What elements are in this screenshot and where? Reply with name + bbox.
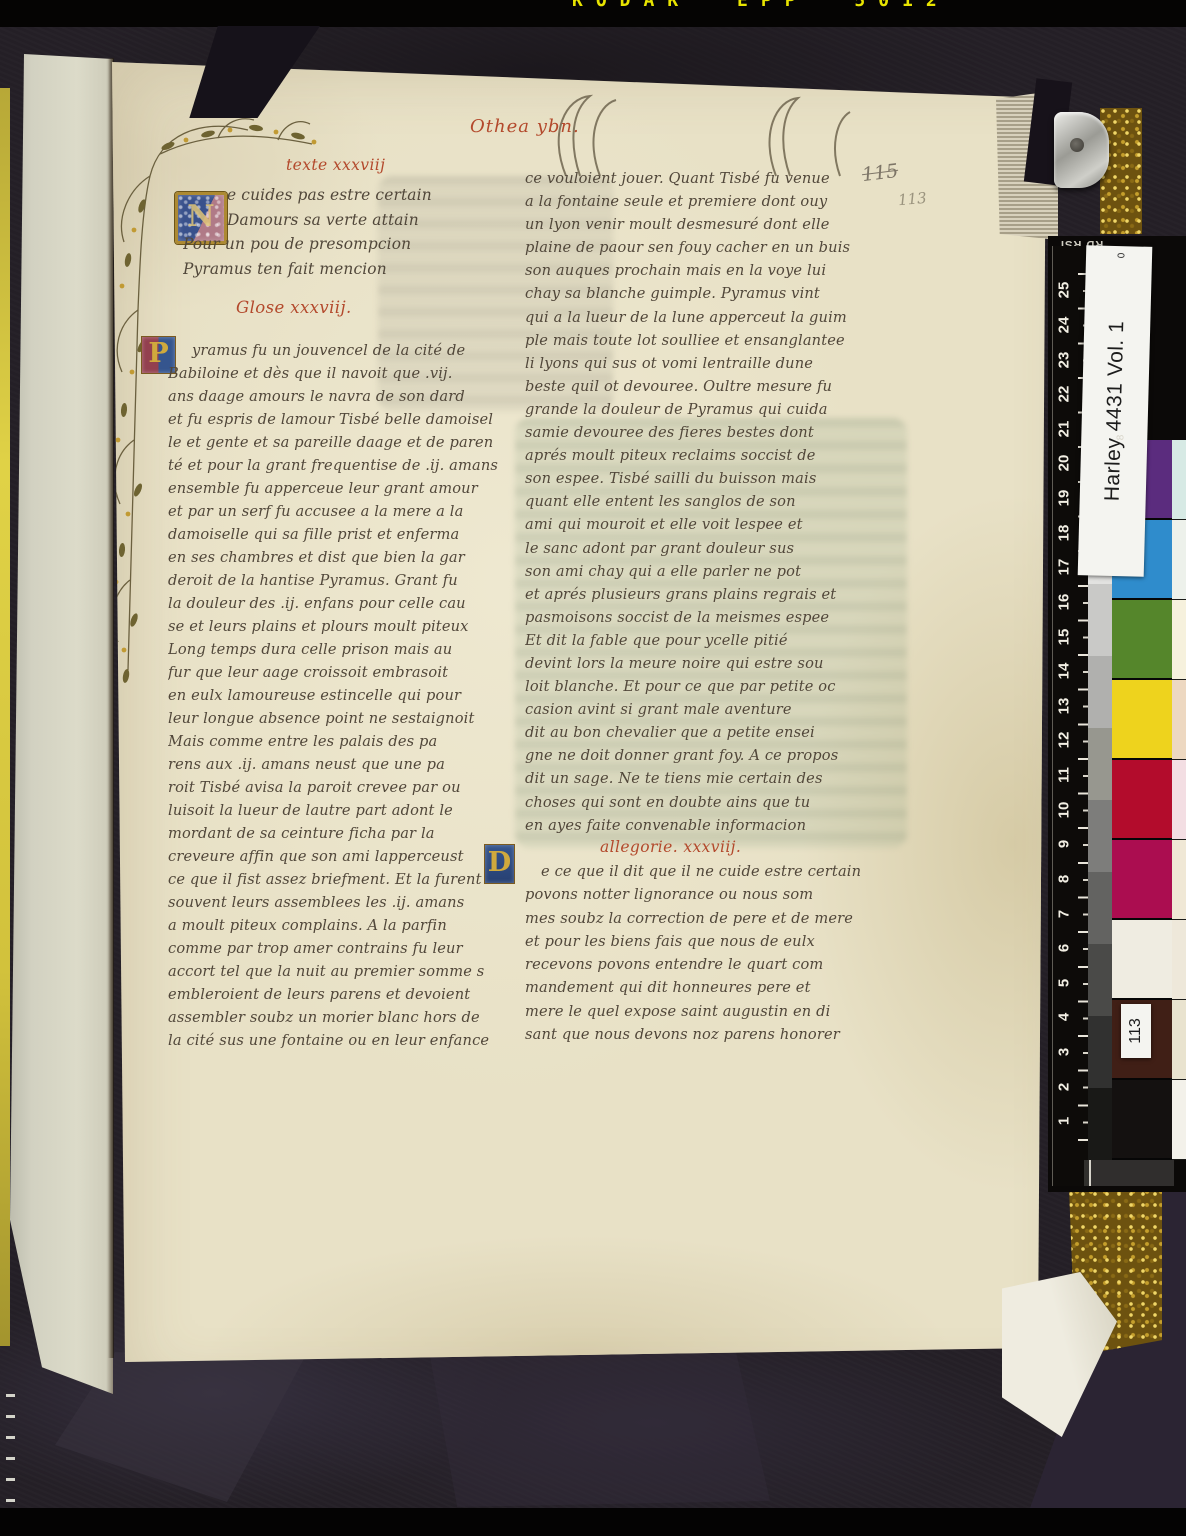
left-gilt-edge <box>0 88 10 1346</box>
manuscript-text-line: en eulx lamoureuse estincelle qui pour <box>168 687 528 710</box>
manuscript-text-line: et fu espris de lamour Tisbé belle damoi… <box>168 411 528 434</box>
ruler-number: 22 <box>1053 377 1075 412</box>
right-column: ce vouloient jouer. Quant Tisbé fu venue… <box>525 170 920 840</box>
manuscript-text-line: et pour les biens fais que nous de eulx <box>525 933 920 956</box>
manuscript-text-line: li lyons qui sus ot vomi lentraille dune <box>525 355 920 378</box>
pale-patch <box>1172 760 1186 840</box>
manuscript-text-line: mes soubz la correction de pere et de me… <box>525 910 920 933</box>
manuscript-text-line: la douleur des .ij. enfans pour celle ca… <box>168 595 528 618</box>
color-patch <box>1112 840 1172 920</box>
gutter-shadow <box>108 58 114 1358</box>
pale-patch <box>1172 680 1186 760</box>
color-patch <box>1112 1080 1172 1160</box>
manuscript-text-line: samie devouree des fieres bestes dont <box>525 424 920 447</box>
manuscript-text-line: assembler soubz un morier blanc hors de <box>168 1009 528 1032</box>
manuscript-text-line: beste quil ot devouree. Oultre mesure fu <box>525 378 920 401</box>
metal-clip <box>1054 112 1109 188</box>
manuscript-text-line: accort tel que la nuit au premier somme … <box>168 963 528 986</box>
shelfmark-label: Harley 4431 Vol. 1 <box>1078 245 1153 577</box>
glose-column: yramus fu un jouvencel de la cité deBabi… <box>168 342 528 1055</box>
pale-patch <box>1172 840 1186 920</box>
manuscript-text-line: Damours sa verte attain <box>183 211 432 236</box>
manuscript-text-line: dit un sage. Ne te tiens mie certain des <box>525 770 920 793</box>
manuscript-text-line: embleroient de leurs parens et devoient <box>168 986 528 1009</box>
film-edge-text: KODAK EPP 5012 <box>572 0 950 11</box>
manuscript-text-line: en ses chambres et dist que bien la gar <box>168 549 528 572</box>
ruler-number: 4 <box>1053 1000 1075 1035</box>
gray-step <box>1088 656 1112 728</box>
bar-plastic-edge <box>1084 1160 1174 1186</box>
ruler-number: 9 <box>1053 827 1075 862</box>
allegorie-column: e ce que il dit que il ne cuide estre ce… <box>525 863 920 1049</box>
manuscript-text-line: rens aux .ij. amans neust que une pa <box>168 756 528 779</box>
pale-patch <box>1172 440 1186 520</box>
verse-text: e cuides pas estre certainDamours sa ver… <box>183 186 432 284</box>
manuscript-text-line: casion avint si grant male aventure <box>525 701 920 724</box>
ruler-number: 2 <box>1053 1069 1075 1104</box>
pale-patch <box>1172 1080 1186 1160</box>
manuscript-page: Othea ybn. 115 113 texte xxxviij N e cui… <box>110 58 1050 1368</box>
manuscript-text-line: ensemble fu apperceue leur grant amour <box>168 480 528 503</box>
manuscript-text-line: comme par trop amer contrains fu leur <box>168 940 528 963</box>
manuscript-text-line: Long temps dura celle prison mais au <box>168 641 528 664</box>
manuscript-text-line: Pour un pou de presompcion <box>183 235 432 260</box>
ruler-number: 10 <box>1053 792 1075 827</box>
manuscript-text-line: le sanc adont par grant douleur sus <box>525 540 920 563</box>
manuscript-text-line: grande la douleur de Pyramus qui cuida <box>525 401 920 424</box>
manuscript-text-line: recevons povons entendre le quart com <box>525 956 920 979</box>
manuscript-text-line: roit Tisbé avisa la paroit crevee par ou <box>168 779 528 802</box>
manuscript-text-line: té et pour la grant frequentise de .ij. … <box>168 457 528 480</box>
manuscript-text-line: qui a la lueur de la lune apperceut la g… <box>525 309 920 332</box>
ruler-number: 21 <box>1053 412 1075 447</box>
felt-fold <box>430 1352 770 1507</box>
manuscript-text-line: e cuides pas estre certain <box>183 186 432 211</box>
gray-step <box>1088 944 1112 1016</box>
folio-sticker: 113 <box>1121 1004 1151 1058</box>
color-patch <box>1112 920 1172 1000</box>
ruler-number: 1 <box>1053 1104 1075 1139</box>
manuscript-text-line: mere le quel expose saint augustin en di <box>525 1003 920 1026</box>
bottom-black-band <box>0 1508 1186 1536</box>
manuscript-text-line: sant que nous devons noz parens honorer <box>525 1026 920 1049</box>
ruler-number: 17 <box>1053 550 1075 585</box>
manuscript-text-line: devint lors la meure noire qui estre sou <box>525 655 920 678</box>
manuscript-text-line: ple mais toute lot soulliee et ensanglan… <box>525 332 920 355</box>
gray-step <box>1088 1016 1112 1088</box>
manuscript-text-line: quant elle entent les sanglos de son <box>525 493 920 516</box>
manuscript-text-line: a moult piteux complains. A la parfin <box>168 917 528 940</box>
manuscript-text-line: loit blanche. Et pour ce que par petite … <box>525 678 920 701</box>
manuscript-text-line: mandement qui dit honneures pere et <box>525 979 920 1002</box>
manuscript-text-line: creveure affin que son ami lapperceust <box>168 848 528 871</box>
manuscript-text-line: le et gente et sa pareille daage et de p… <box>168 434 528 457</box>
manuscript-text-line: plaine de paour sen fouy cacher en un bu… <box>525 239 920 262</box>
manuscript-text-line: ans daage amours le navra de son dard <box>168 388 528 411</box>
ruler-number: 6 <box>1053 931 1075 966</box>
manuscript-text-line: et par un serf fu accusee a la mere a la <box>168 503 528 526</box>
gray-step <box>1088 872 1112 944</box>
color-patch <box>1112 680 1172 760</box>
ruler-number: 8 <box>1053 862 1075 897</box>
manuscript-text-line: son auques prochain mais en la voye lui <box>525 262 920 285</box>
gray-step <box>1088 584 1112 656</box>
manuscript-text-line: povons notter lignorance ou nous som <box>525 886 920 909</box>
running-title: Othea ybn. <box>470 116 580 137</box>
ruler-number: 18 <box>1053 515 1075 550</box>
manuscript-text-line: et aprés plusieurs grans plains regrais … <box>525 586 920 609</box>
cadel-flourishes <box>540 90 870 178</box>
ruler-number: 12 <box>1053 723 1075 758</box>
manuscript-text-line: la cité sus une fontaine ou en leur enfa… <box>168 1032 528 1055</box>
manuscript-text-line: Babiloine et dès que il navoit que .vij. <box>168 365 528 388</box>
ruler-number: 5 <box>1053 966 1075 1001</box>
ruler-number: 13 <box>1053 689 1075 724</box>
manuscript-text-line: chay sa blanche guimple. Pyramus vint <box>525 285 920 308</box>
manuscript-text-line: a la fontaine seule et premiere dont ouy <box>525 193 920 216</box>
texte-rubric: texte xxxviij <box>286 156 385 174</box>
ruler-number: 19 <box>1053 481 1075 516</box>
gray-step <box>1088 728 1112 800</box>
pale-patch <box>1172 920 1186 1000</box>
photo-scene: Othea ybn. 115 113 texte xxxviij N e cui… <box>0 0 1186 1536</box>
manuscript-text-line: e ce que il dit que il ne cuide estre ce… <box>525 863 920 886</box>
manuscript-text-line: choses qui sont en doubte ains que tu <box>525 794 920 817</box>
ruler-number: 11 <box>1053 758 1075 793</box>
manuscript-text-line: yramus fu un jouvencel de la cité de <box>168 342 528 365</box>
manuscript-text-line: deroit de la hantise Pyramus. Grant fu <box>168 572 528 595</box>
manuscript-text-line: pasmoisons soccist de la meismes espee <box>525 609 920 632</box>
manuscript-text-line: damoiselle qui sa fille prist et enferma <box>168 526 528 549</box>
manuscript-text-line: un lyon venir moult desmesuré dont elle <box>525 216 920 239</box>
gray-step <box>1088 800 1112 872</box>
manuscript-text-line: se et leurs plains et plours moult piteu… <box>168 618 528 641</box>
manuscript-text-line: son espee. Tisbé sailli du buisson mais <box>525 470 920 493</box>
patch-digit: 8 <box>1115 435 1126 441</box>
ruler-number: 15 <box>1053 619 1075 654</box>
ruler-number: 24 <box>1053 308 1075 343</box>
manuscript-text-line: gne ne doit donner grant foy. A ce propo… <box>525 747 920 770</box>
manuscript-text-line: leur longue absence point ne sestaignoit <box>168 710 528 733</box>
manuscript-text-line: fur que leur aage croissoit embrasoit <box>168 664 528 687</box>
manuscript-text-line: Et dit la fable que pour ycelle pitié <box>525 632 920 655</box>
manuscript-text-line: aprés moult piteux reclaims soccist de <box>525 447 920 470</box>
pale-patches <box>1172 440 1186 1160</box>
pale-patch <box>1172 1000 1186 1080</box>
color-patch <box>1112 760 1172 840</box>
gilt-binding-top <box>1100 108 1142 234</box>
manuscript-text-line: mordant de sa ceinture ficha par la <box>168 825 528 848</box>
pale-patch <box>1172 520 1186 600</box>
ruler-number: 23 <box>1053 342 1075 377</box>
edge-specks <box>6 1394 15 1506</box>
color-calibration-bar: RD RSI 252423222120191817161514131211109… <box>1048 236 1186 1192</box>
manuscript-text-line: ami qui mouroit et elle voit lespee et <box>525 516 920 539</box>
ruler-number: 14 <box>1053 654 1075 689</box>
manuscript-text-line: dit au bon chevalier que a petite ensei <box>525 724 920 747</box>
ruler-number: 7 <box>1053 896 1075 931</box>
color-patch <box>1112 600 1172 680</box>
gray-step <box>1088 1088 1112 1160</box>
manuscript-text-line: Mais comme entre les palais des pa <box>168 733 528 756</box>
ruler-numbers: 2524232221201918171615141312111098765432… <box>1053 273 1075 1139</box>
champ-initial-allegorie: D <box>484 844 515 884</box>
manuscript-text-line: en ayes faite convenable informacion <box>525 817 920 840</box>
allegorie-rubric: allegorie. xxxviij. <box>600 838 741 856</box>
manuscript-text-line: luisoit la lueur de lautre part adont le <box>168 802 528 825</box>
manuscript-text-line: souvent leurs assemblees les .ij. amans <box>168 894 528 917</box>
ruler-number: 3 <box>1053 1035 1075 1070</box>
pale-patch <box>1172 600 1186 680</box>
manuscript-text-line: ce que il fist assez briefment. Et la fu… <box>168 871 528 894</box>
patch-digit: 0 <box>1116 252 1127 260</box>
ruler-number: 20 <box>1053 446 1075 481</box>
ruler-number: 16 <box>1053 585 1075 620</box>
glose-rubric: Glose xxxviij. <box>236 298 352 317</box>
ruler-number: 25 <box>1053 273 1075 308</box>
manuscript-text-line: son ami chay qui a elle parler ne pot <box>525 563 920 586</box>
manuscript-text-line: ce vouloient jouer. Quant Tisbé fu venue <box>525 170 920 193</box>
manuscript-text-line: Pyramus ten fait mencion <box>183 260 432 285</box>
